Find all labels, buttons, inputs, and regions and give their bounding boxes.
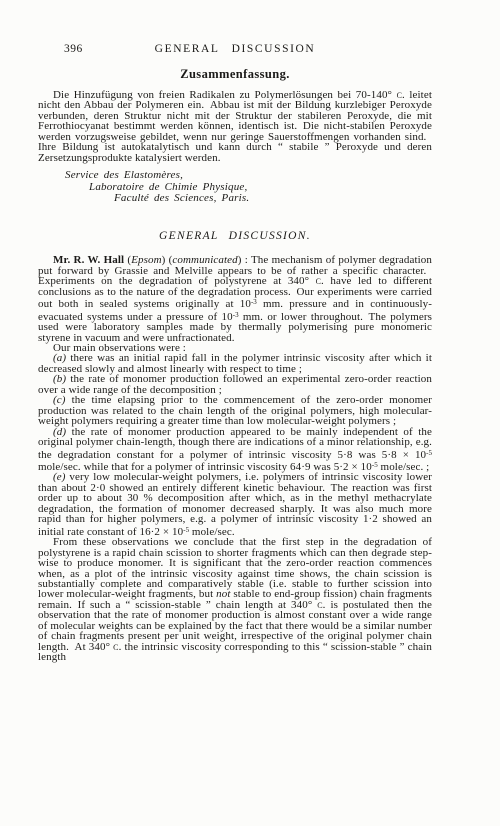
summary-block: Die Hinzufügung von freien Radikalen zu …	[38, 90, 432, 163]
conclusion-paragraph: From these observations we conclude that…	[38, 537, 432, 662]
affiliation-block: Service des Elastomères, Laboratoire de …	[38, 170, 432, 204]
summary-heading: Zusammenfassung.	[38, 67, 432, 82]
text-column: 396 GENERAL DISCUSSION Zusammenfassung. …	[38, 0, 432, 663]
page-number: 396	[64, 43, 83, 55]
observation-a-paragraph: (a) there was an initial rapid fall in t…	[38, 353, 432, 374]
observation-e-paragraph: (e) very low molecular-weight polymers, …	[38, 472, 432, 537]
summary-paragraph: Die Hinzufügung von freien Radikalen zu …	[38, 90, 432, 163]
section-heading: GENERAL DISCUSSION.	[38, 230, 432, 242]
observation-c-paragraph: (c) the time elapsing prior to the comme…	[38, 395, 432, 426]
running-head-title: GENERAL DISCUSSION	[38, 43, 432, 55]
document-page: 396 GENERAL DISCUSSION Zusammenfassung. …	[0, 0, 500, 826]
hall-opening-paragraph: Mr. R. W. Hall (Epsom) (communicated) : …	[38, 255, 432, 343]
discussion-body: Mr. R. W. Hall (Epsom) (communicated) : …	[38, 255, 432, 662]
observation-d-paragraph: (d) the rate of monomer production appea…	[38, 427, 432, 473]
running-head: 396 GENERAL DISCUSSION	[38, 0, 432, 57]
observation-b-paragraph: (b) the rate of monomer production follo…	[38, 374, 432, 395]
affiliation-line: Service des Elastomères,	[38, 170, 432, 181]
affiliation-line: Faculté des Sciences, Paris.	[38, 193, 432, 204]
